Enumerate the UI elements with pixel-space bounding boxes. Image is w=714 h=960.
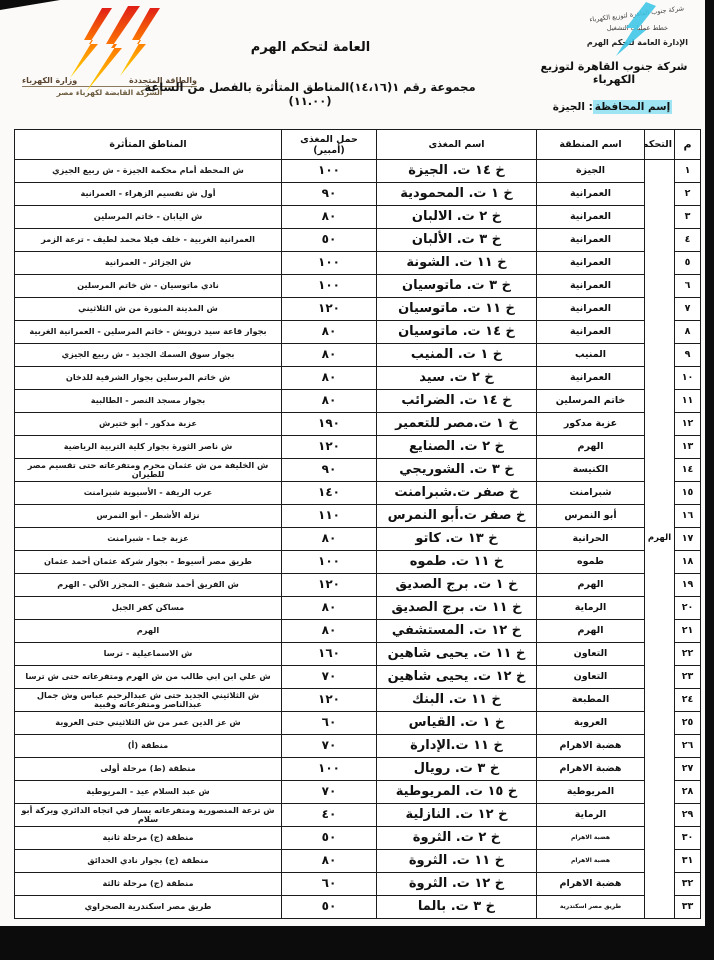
area-name: هضبة الاهرام — [537, 758, 645, 781]
affected-areas: نادي ماتوسيان - ش خاتم المرسلين — [15, 275, 282, 298]
area-name: الحرانية — [537, 528, 645, 551]
table-row: ٤العمرانيةخ ٣ ت. الألبان٥٠العمرانية الغر… — [15, 229, 701, 252]
affected-areas: منطقة (ط) مرحلة أولى — [15, 758, 282, 781]
row-number: ٥ — [675, 252, 701, 275]
table-row: ٢٢التعاونخ ١١ ت. يحيى شاهين١٦٠ش الاسماعي… — [15, 643, 701, 666]
feeder-name: خ ٣ ت. بالما — [377, 896, 537, 919]
document-page: والطاقة المتجددة وزارة الكهرباء الشركة ا… — [0, 0, 714, 960]
row-number: ٣ — [675, 206, 701, 229]
row-number: ٢٤ — [675, 689, 701, 712]
table-row: ٢٥العروبةخ ١ ت. القياس٦٠ش عز الدين عمر م… — [15, 712, 701, 735]
row-number: ٣٠ — [675, 827, 701, 850]
table-row: ٦العمرانيةخ ٣ ت. ماتوسيان١٠٠نادي ماتوسيا… — [15, 275, 701, 298]
affected-areas: ش خاتم المرسلين بجوار الشرقية للدخان — [15, 367, 282, 390]
feeder-name: خ ١٤ ت. الضرائب — [377, 390, 537, 413]
affected-areas: منطقة (ج) مرحلة ثالثة — [15, 873, 282, 896]
row-number: ٣٢ — [675, 873, 701, 896]
feeder-load: ٨٠ — [282, 850, 377, 873]
affected-areas: ش ترعة المنصورية ومتفرعاته يسار في اتجاه… — [15, 804, 282, 827]
feeder-name: خ ٣ ت. الألبان — [377, 229, 537, 252]
row-number: ٧ — [675, 298, 701, 321]
table-row: ٢٣التعاونخ ١٢ ت. يحيى شاهين٧٠ش علي ابن ا… — [15, 666, 701, 689]
feeder-load: ١٩٠ — [282, 413, 377, 436]
affected-areas: ش اليابان - خاتم المرسلين — [15, 206, 282, 229]
area-name: العمرانية — [537, 183, 645, 206]
affected-areas: منطقة (أ) — [15, 735, 282, 758]
governorate-value: الجيزة — [553, 101, 585, 113]
feeder-name: خ ٢ ت. سيد — [377, 367, 537, 390]
feeder-load: ٩٠ — [282, 459, 377, 482]
feeder-name: خ ٢ ت. الثروة — [377, 827, 537, 850]
row-number: ٢٠ — [675, 597, 701, 620]
row-number: ٢٦ — [675, 735, 701, 758]
row-number: ٨ — [675, 321, 701, 344]
feeder-load: ٥٠ — [282, 827, 377, 850]
feeder-name: خ ١٢ ت. المستشفي — [377, 620, 537, 643]
column-header-area: اسم المنطقة — [537, 130, 645, 160]
table-row: ٢العمرانيةخ ١ ت. المحمودية٩٠أول ش تقسيم … — [15, 183, 701, 206]
table-row: ٣العمرانيةخ ٢ ت. الالبان٨٠ش اليابان - خا… — [15, 206, 701, 229]
column-header-number: م — [675, 130, 701, 160]
feeder-name: خ ٣ ت. رويال — [377, 758, 537, 781]
affected-areas: الهرم — [15, 620, 282, 643]
affected-areas: طريق مصر أسيوط - بجوار شركة عثمان أحمد ع… — [15, 551, 282, 574]
area-name: خاتم المرسلين — [537, 390, 645, 413]
area-name: طريق مصر اسكندرية — [537, 896, 645, 919]
table-row: ١٣الهرمخ ٢ ت. الصنايع١٢٠ش ناصر الثورة بج… — [15, 436, 701, 459]
affected-areas: العمرانية الغربية - خلف فيلا محمد لطيف -… — [15, 229, 282, 252]
area-name: الهرم — [537, 574, 645, 597]
feeder-name: خ ١٤ ت. ماتوسيان — [377, 321, 537, 344]
feeder-name: خ ١٤ ت. الجيزة — [377, 160, 537, 183]
affected-areas: ش المدينة المنورة من ش الثلاثيني — [15, 298, 282, 321]
feeder-load: ٨٠ — [282, 597, 377, 620]
photo-edge-bottom — [0, 926, 714, 960]
feeder-load: ٨٠ — [282, 528, 377, 551]
feeder-load: ٦٠ — [282, 712, 377, 735]
row-number: ١٨ — [675, 551, 701, 574]
ministry-name-right: وزارة الكهرباء — [22, 76, 77, 85]
feeder-load: ١٠٠ — [282, 551, 377, 574]
feeder-name: خ ١ ت. القياس — [377, 712, 537, 735]
feeder-name: خ ١١ ت.الإدارة — [377, 735, 537, 758]
feeder-load: ١١٠ — [282, 505, 377, 528]
feeder-name: خ ١١ ت. البنك — [377, 689, 537, 712]
feeder-name: خ ١ ت. المنيب — [377, 344, 537, 367]
table-row: ١٤الكنيسةخ ٣ ت. الشوريجي٩٠ش الخليفة من ش… — [15, 459, 701, 482]
row-number: ١٩ — [675, 574, 701, 597]
column-header-control: التحكم — [645, 130, 675, 160]
area-name: المنيب — [537, 344, 645, 367]
affected-areas: ش الاسماعيلية - ترسا — [15, 643, 282, 666]
feeder-load: ٥٠ — [282, 229, 377, 252]
feeder-load: ١٢٠ — [282, 298, 377, 321]
area-name: العمرانية — [537, 298, 645, 321]
affected-areas: مساكن كفر الجبل — [15, 597, 282, 620]
table-row: ٣٣طريق مصر اسكندريةخ ٣ ت. بالما٥٠طريق مص… — [15, 896, 701, 919]
table-row: ٢٨المريوطيةخ ١٥ ت. المريوطية٧٠ش عبد السل… — [15, 781, 701, 804]
feeder-name: خ ٢ ت. الالبان — [377, 206, 537, 229]
company-emblem: شركة جنوب القاهرة لتوزيع الكهرباء خطط عم… — [552, 2, 702, 58]
row-number: ١٤ — [675, 459, 701, 482]
control-cell: الهرم — [645, 160, 675, 919]
table-row: ٢١الهرمخ ١٢ ت. المستشفي٨٠الهرم — [15, 620, 701, 643]
affected-areas: بجوار قاعة سيد درويش - خاتم المرسلين - ا… — [15, 321, 282, 344]
feeder-name: خ ١١ ت. طموه — [377, 551, 537, 574]
feeder-load: ٨٠ — [282, 206, 377, 229]
feeder-name: خ ١٣ ت. كاتو — [377, 528, 537, 551]
feeder-name: خ ١ ت. برج الصديق — [377, 574, 537, 597]
feeder-name: خ ١٥ ت. المريوطية — [377, 781, 537, 804]
feeder-load: ٥٠ — [282, 896, 377, 919]
affected-areas: بجوار مسجد النصر - الطالبية — [15, 390, 282, 413]
area-name: المطبعة — [537, 689, 645, 712]
feeder-load: ٨٠ — [282, 620, 377, 643]
row-number: ٣٣ — [675, 896, 701, 919]
table-header-row: م التحكم اسم المنطقة اسم المغذى حمل المغ… — [15, 130, 701, 160]
table-row: ٢٩الرمايةخ ١٢ ت. النازلية٤٠ش ترعة المنصو… — [15, 804, 701, 827]
table-row: ١٧الحرانيةخ ١٣ ت. كاتو٨٠عزبة جما - شبرام… — [15, 528, 701, 551]
feeder-load: ٨٠ — [282, 390, 377, 413]
area-name: شبرامنت — [537, 482, 645, 505]
row-number: ٢٥ — [675, 712, 701, 735]
feeder-name: خ ١٢ ت. يحيى شاهين — [377, 666, 537, 689]
area-name: هضبة الاهرام — [537, 735, 645, 758]
area-name: التعاون — [537, 643, 645, 666]
governorate-line: إسم المحافظة: الجيزة — [525, 101, 700, 113]
row-number: ٢١ — [675, 620, 701, 643]
affected-areas: ش المحطة أمام محكمة الجيزة - ش ربيع الجي… — [15, 160, 282, 183]
row-number: ١١ — [675, 390, 701, 413]
table-row: ١٦أبو النمرسخ صفر ت.أبو النمرس١١٠نزلة ال… — [15, 505, 701, 528]
feeder-load: ١٢٠ — [282, 574, 377, 597]
column-header-affected: المناطق المتأثرة — [15, 130, 282, 160]
feeder-load: ٧٠ — [282, 666, 377, 689]
feeder-name: خ ١١ ت. الشونة — [377, 252, 537, 275]
feeder-load: ٨٠ — [282, 321, 377, 344]
table-row: ٥العمرانيةخ ١١ ت. الشونة١٠٠ش الجزائر - ا… — [15, 252, 701, 275]
area-name: الكنيسة — [537, 459, 645, 482]
area-name: العمرانية — [537, 321, 645, 344]
table-row: ١٩الهرمخ ١ ت. برج الصديق١٢٠ش الفريق أحمد… — [15, 574, 701, 597]
control-heading: العامة لتحكم الهرم — [228, 40, 393, 55]
affected-areas: نزلة الأشطر - أبو النمرس — [15, 505, 282, 528]
table-body: ١الهرمالجيزةخ ١٤ ت. الجيزة١٠٠ش المحطة أم… — [15, 160, 701, 919]
affected-areas: ش الجزائر - العمرانية — [15, 252, 282, 275]
feeder-load: ١٠٠ — [282, 252, 377, 275]
column-header-feeder: اسم المغذى — [377, 130, 537, 160]
area-name: هضبة الاهرام — [537, 873, 645, 896]
table-row: ١٨طموهخ ١١ ت. طموه١٠٠طريق مصر أسيوط - بج… — [15, 551, 701, 574]
feeder-name: خ ٣ ت. ماتوسيان — [377, 275, 537, 298]
table-row: ٧العمرانيةخ ١١ ت. ماتوسيان١٢٠ش المدينة ا… — [15, 298, 701, 321]
row-number: ٢٩ — [675, 804, 701, 827]
affected-areas: عزبة مدكور - أبو ختيرش — [15, 413, 282, 436]
area-name: العمرانية — [537, 367, 645, 390]
feeder-name: خ ١١ ت. برج الصديق — [377, 597, 537, 620]
feeder-name: خ صفر ت.أبو النمرس — [377, 505, 537, 528]
affected-areas: ش الثلاثيني الجديد حتى ش عبدالرحيم عباس … — [15, 689, 282, 712]
affected-areas: طريق مصر اسكندرية الصحراوي — [15, 896, 282, 919]
feeder-load: ٤٠ — [282, 804, 377, 827]
feeder-name: خ ١ ت. المحمودية — [377, 183, 537, 206]
row-number: ١٧ — [675, 528, 701, 551]
row-number: ١٢ — [675, 413, 701, 436]
feeder-load: ١٢٠ — [282, 689, 377, 712]
affected-areas: ش الفريق أحمد شفيق - المجزر الآلي - الهر… — [15, 574, 282, 597]
photo-edge-right — [705, 0, 714, 926]
area-name: العمرانية — [537, 229, 645, 252]
row-number: ٣١ — [675, 850, 701, 873]
area-name: العمرانية — [537, 275, 645, 298]
feeder-load: ١٤٠ — [282, 482, 377, 505]
row-number: ٩ — [675, 344, 701, 367]
area-name: العروبة — [537, 712, 645, 735]
feeder-name: خ ١١ ت. ماتوسيان — [377, 298, 537, 321]
table-row: ٢٧هضبة الاهرامخ ٣ ت. رويال١٠٠منطقة (ط) م… — [15, 758, 701, 781]
row-number: ١٥ — [675, 482, 701, 505]
area-name: هضبة الاهرام — [537, 827, 645, 850]
table-row: ١٥شبرامنتخ صفر ت.شبرامنت١٤٠عرب الريفة - … — [15, 482, 701, 505]
area-name: الهرم — [537, 620, 645, 643]
feeder-name: خ ١١ ت. الثروة — [377, 850, 537, 873]
affected-areas: ش ناصر الثورة بجوار كلية التربية الرياضي… — [15, 436, 282, 459]
area-name: التعاون — [537, 666, 645, 689]
feeder-load: ١٠٠ — [282, 758, 377, 781]
affected-areas: منطقة (ج) بجوار نادي الحدائق — [15, 850, 282, 873]
feeder-load: ٨٠ — [282, 344, 377, 367]
table-row: ٨العمرانيةخ ١٤ ت. ماتوسيان٨٠بجوار قاعة س… — [15, 321, 701, 344]
table-row: ١الهرمالجيزةخ ١٤ ت. الجيزة١٠٠ش المحطة أم… — [15, 160, 701, 183]
feeder-load: ٧٠ — [282, 735, 377, 758]
affected-areas-table: م التحكم اسم المنطقة اسم المغذى حمل المغ… — [15, 129, 701, 919]
table-row: ١٠العمرانيةخ ٢ ت. سيد٨٠ش خاتم المرسلين ب… — [15, 367, 701, 390]
feeder-name: خ ٢ ت. الصنايع — [377, 436, 537, 459]
table-row: ١١خاتم المرسلينخ ١٤ ت. الضرائب٨٠بجوار مس… — [15, 390, 701, 413]
table-row: ٩المنيبخ ١ ت. المنيب٨٠بجوار سوق السمك ال… — [15, 344, 701, 367]
affected-areas: عزبة جما - شبرامنت — [15, 528, 282, 551]
row-number: ١٣ — [675, 436, 701, 459]
area-name: العمرانية — [537, 206, 645, 229]
company-title: شركة جنوب القاهرة لتوزيع الكهرباء — [524, 60, 704, 86]
feeder-name: خ ١٢ ت. الثروة — [377, 873, 537, 896]
feeder-name: خ ٣ ت. الشوريجي — [377, 459, 537, 482]
feeder-name: خ ١٢ ت. النازلية — [377, 804, 537, 827]
feeder-name: خ صفر ت.شبرامنت — [377, 482, 537, 505]
feeder-load: ١٢٠ — [282, 436, 377, 459]
feeder-load: ٩٠ — [282, 183, 377, 206]
affected-areas: ش عبد السلام عيد - المريوطية — [15, 781, 282, 804]
area-name: عزبة مدكور — [537, 413, 645, 436]
table-row: ٢٦هضبة الاهرامخ ١١ ت.الإدارة٧٠منطقة (أ) — [15, 735, 701, 758]
row-number: ٢٧ — [675, 758, 701, 781]
area-name: الرماية — [537, 597, 645, 620]
feeder-name: خ ١ ت.مصر للتعمير — [377, 413, 537, 436]
feeder-name: خ ١١ ت. يحيى شاهين — [377, 643, 537, 666]
table-row: ٢٠الرمايةخ ١١ ت. برج الصديق٨٠مساكن كفر ا… — [15, 597, 701, 620]
row-number: ٤ — [675, 229, 701, 252]
column-header-load: حمل المغذى (أمبير) — [282, 130, 377, 160]
table-row: ٣١هضبة الاهرامخ ١١ ت. الثروة٨٠منطقة (ج) … — [15, 850, 701, 873]
table-row: ١٢عزبة مدكورخ ١ ت.مصر للتعمير١٩٠عزبة مدك… — [15, 413, 701, 436]
area-name: أبو النمرس — [537, 505, 645, 528]
feeder-load: ٨٠ — [282, 367, 377, 390]
feeder-load: ٧٠ — [282, 781, 377, 804]
area-name: العمرانية — [537, 252, 645, 275]
row-number: ١٠ — [675, 367, 701, 390]
row-number: ٦ — [675, 275, 701, 298]
affected-areas: منطقة (ج) مرحلة ثانية — [15, 827, 282, 850]
area-name: الرماية — [537, 804, 645, 827]
area-name: طموه — [537, 551, 645, 574]
row-number: ١٦ — [675, 505, 701, 528]
governorate-label: إسم المحافظة — [593, 100, 672, 114]
row-number: ٢٢ — [675, 643, 701, 666]
affected-areas: ش عز الدين عمر من ش الثلاثيني حتى العروب… — [15, 712, 282, 735]
affected-areas: ش الخليفة من ش عثمان محرم ومتفرعاته حتى … — [15, 459, 282, 482]
table-row: ٣٠هضبة الاهرامخ ٢ ت. الثروة٥٠منطقة (ج) م… — [15, 827, 701, 850]
area-name: الجيزة — [537, 160, 645, 183]
table-row: ٢٤المطبعةخ ١١ ت. البنك١٢٠ش الثلاثيني الج… — [15, 689, 701, 712]
row-number: ١ — [675, 160, 701, 183]
affected-areas: بجوار سوق السمك الجديد - ش ربيع الجيزي — [15, 344, 282, 367]
feeder-load: ١٠٠ — [282, 160, 377, 183]
area-name: المريوطية — [537, 781, 645, 804]
row-number: ٢٨ — [675, 781, 701, 804]
row-number: ٢٣ — [675, 666, 701, 689]
area-name: الهرم — [537, 436, 645, 459]
row-number: ٢ — [675, 183, 701, 206]
affected-areas: ش علي ابن ابي طالب من ش الهرم ومتفرعاته … — [15, 666, 282, 689]
group-heading: مجموعة رقم ١(١٤،١٦)المناطق المتأثرة بالف… — [130, 80, 490, 108]
feeder-load: ١٦٠ — [282, 643, 377, 666]
feeder-load: ١٠٠ — [282, 275, 377, 298]
affected-areas: أول ش تقسيم الزهراء - العمرانية — [15, 183, 282, 206]
table-row: ٣٢هضبة الاهرامخ ١٢ ت. الثروة٦٠منطقة (ج) … — [15, 873, 701, 896]
feeder-load: ٦٠ — [282, 873, 377, 896]
area-name: هضبة الاهرام — [537, 850, 645, 873]
affected-areas: عرب الريفة - الأسيوية شبرامنت — [15, 482, 282, 505]
